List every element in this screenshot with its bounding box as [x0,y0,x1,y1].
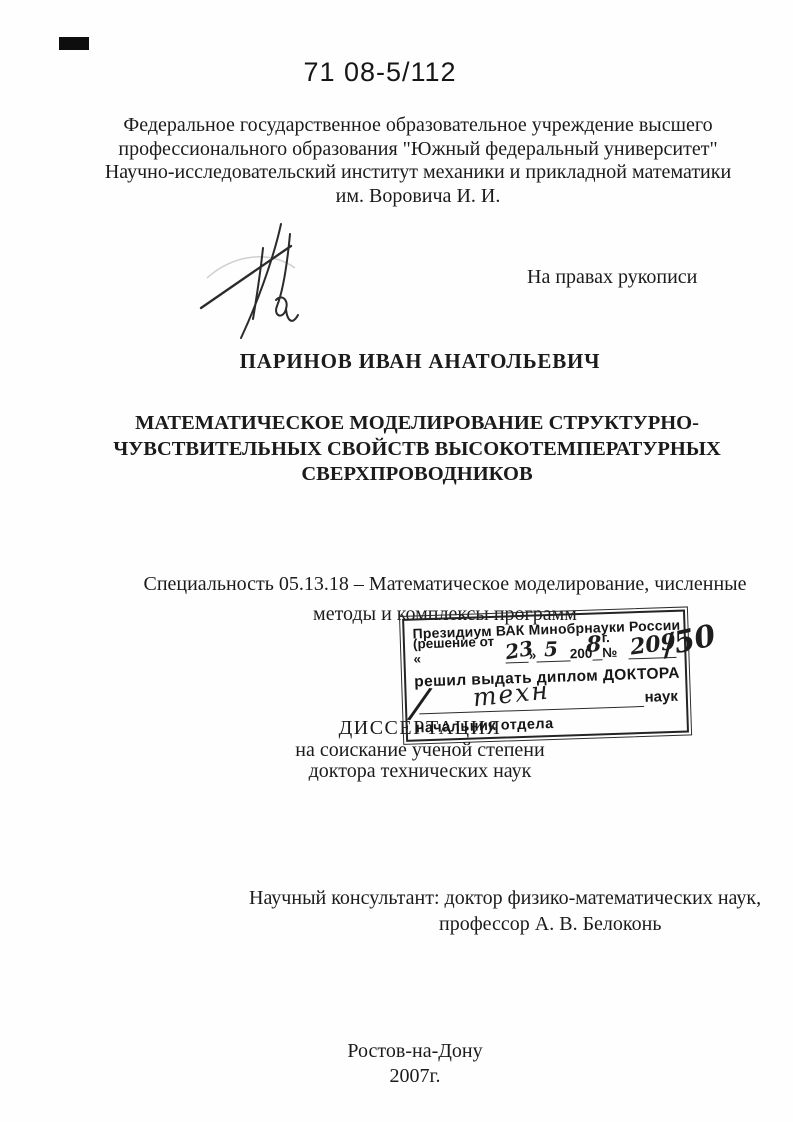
title-line: МАТЕМАТИЧЕСКОЕ МОДЕЛИРОВАНИЕ СТРУКТУРНО- [42,411,792,437]
stamp-decision-prefix: (решение от « [413,634,506,667]
stamp-month-handwritten: 5 [544,637,559,661]
consultant-line-2: профессор А. В. Белоконь [439,913,661,936]
manuscript-rights-note: На правах рукописи [527,266,697,289]
stamp-year-blank: 8 [592,643,602,660]
year: 2007г. [40,1064,790,1089]
dissertation-line: доктора технических наук [255,761,585,783]
stamp-inner-border: Президиум ВАК Минобрнауки России (решени… [402,610,689,742]
stamp-month-blank: 5 [536,644,570,662]
institution-block: Федеральное государственное образователь… [43,114,793,208]
catalog-number: 71 08-5/112 [5,57,755,88]
author-name: ПАРИНОВ ИВАН АНАТОЛЬЕВИЧ [45,349,793,374]
stamp-number-label: г. № [602,629,630,660]
stamp-year-handwritten: 8 [586,631,602,657]
city: Ростов-на-Дону [40,1039,790,1064]
signature-handwriting [193,216,313,346]
stamp-nauk-label: наук [644,688,678,706]
scan-artifact-mark [59,37,89,50]
consultant-line-1: Научный консультант: доктор физико-матем… [249,887,761,910]
institution-line: профессионального образования "Южный фед… [43,138,793,162]
title-line: СВЕРХПРОВОДНИКОВ [42,462,792,488]
stamp-day-blank: 23 [505,646,529,664]
dissertation-title: МАТЕМАТИЧЕСКОЕ МОДЕЛИРОВАНИЕ СТРУКТУРНО-… [42,411,792,488]
institution-line: Федеральное государственное образователь… [43,114,793,138]
institution-line: им. Воровича И. И. [43,185,793,209]
vak-approval-stamp: Президиум ВАК Минобрнауки России (решени… [399,606,692,745]
title-line: ЧУВСТВИТЕЛЬНЫХ СВОЙСТВ ВЫСОКОТЕМПЕРАТУРН… [42,437,792,463]
city-year-block: Ростов-на-Дону 2007г. [40,1039,790,1089]
stamp-decision-line: (решение от « 23 » 5 200 8 г. № 209 /50 [413,638,677,667]
document-page: 71 08-5/112 Федеральное государственное … [0,0,793,1122]
specialty-line: Специальность 05.13.18 – Математическое … [70,570,793,600]
stamp-day-handwritten: 23 [503,636,535,664]
institution-line: Научно-исследовательский институт механи… [43,161,793,185]
